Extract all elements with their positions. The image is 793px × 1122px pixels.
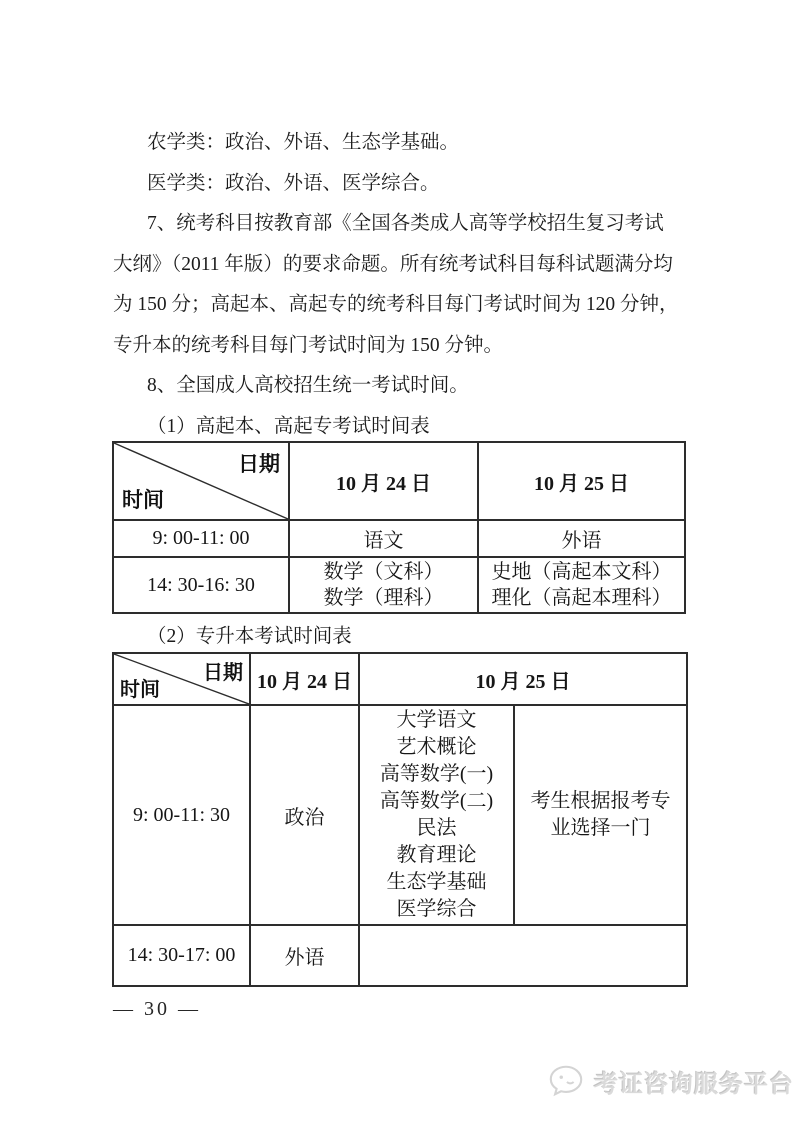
page-number: — 30 — <box>113 998 201 1021</box>
corner-time-label: 时间 <box>120 673 160 702</box>
exam-schedule-table-2: 日期 时间 10 月 24 日 10 月 25 日 9: 00-11: 30 政… <box>112 652 688 987</box>
table1-row-morning: 9: 00-11: 00 语文 外语 <box>113 520 685 557</box>
table2-corner-cell: 日期 时间 <box>113 653 250 705</box>
body-line-item7-3: 为 150 分；高起本、高起专的统考科目每门考试时间为 120 分钟， <box>113 285 683 326</box>
table2-date-header-oct24: 10 月 24 日 <box>250 653 359 705</box>
corner-date-label: 日期 <box>238 448 280 478</box>
table1-row-afternoon: 14: 30-16: 30 数学（文科） 数学（理科） 史地（高起本文科） 理化… <box>113 557 685 613</box>
table1-date-header-oct25: 10 月 25 日 <box>478 442 685 520</box>
table2-date-header-oct25: 10 月 25 日 <box>359 653 687 705</box>
subject-cell: 语文 <box>289 520 478 557</box>
time-cell: 9: 00-11: 30 <box>113 705 250 925</box>
table2-caption: （2）专升本考试时间表 <box>147 620 352 648</box>
time-cell: 14: 30-16: 30 <box>113 557 289 613</box>
subject-cell: 政治 <box>250 705 359 925</box>
subject-line: 医学综合 <box>360 896 513 923</box>
body-line-agriculture: 农学类：政治、外语、生态学基础。 <box>113 123 683 164</box>
subject-line: 生态学基础 <box>360 869 513 896</box>
table1-header-row: 日期 时间 10 月 24 日 10 月 25 日 <box>113 442 685 520</box>
time-cell: 14: 30-17: 00 <box>113 925 250 986</box>
subject-line: 数学（文科） <box>290 559 477 585</box>
body-line-item7-4: 专升本的统考科目每门考试时间为 150 分钟。 <box>113 326 683 367</box>
table2-row-morning: 9: 00-11: 30 政治 大学语文 艺术概论 高等数学(一) 高等数学(二… <box>113 705 687 925</box>
document-page: 农学类：政治、外语、生态学基础。 医学类：政治、外语、医学综合。 7、统考科目按… <box>0 0 793 1122</box>
table1-date-header-oct24: 10 月 24 日 <box>289 442 478 520</box>
table2-header-row: 日期 时间 10 月 24 日 10 月 25 日 <box>113 653 687 705</box>
subject-line: 民法 <box>360 815 513 842</box>
body-text: 农学类：政治、外语、生态学基础。 医学类：政治、外语、医学综合。 7、统考科目按… <box>113 123 683 447</box>
subject-line: 高等数学(一) <box>360 761 513 788</box>
subject-line: 艺术概论 <box>360 734 513 761</box>
subject-cell: 外语 <box>478 520 685 557</box>
note-line: 考生根据报考专 <box>515 788 686 815</box>
subject-cell: 史地（高起本文科） 理化（高起本理科） <box>478 557 685 613</box>
note-cell: 考生根据报考专 业选择一门 <box>514 705 687 925</box>
subject-cell: 外语 <box>250 925 359 986</box>
watermark: 考证咨询服务平台 <box>547 1062 793 1100</box>
table1-corner-cell: 日期 时间 <box>113 442 289 520</box>
note-line: 业选择一门 <box>515 815 686 842</box>
corner-time-label: 时间 <box>122 484 164 514</box>
subject-line: 史地（高起本文科） <box>479 559 684 585</box>
body-line-item7-1: 7、统考科目按教育部《全国各类成人高等学校招生复习考试 <box>113 204 683 245</box>
empty-merged-cell <box>359 925 687 986</box>
subject-line: 高等数学(二) <box>360 788 513 815</box>
subject-line: 大学语文 <box>360 707 513 734</box>
watermark-text: 考证咨询服务平台 <box>594 1064 793 1099</box>
body-line-item8: 8、全国成人高校招生统一考试时间。 <box>113 366 683 407</box>
table2-row-afternoon: 14: 30-17: 00 外语 <box>113 925 687 986</box>
exam-schedule-table-1: 日期 时间 10 月 24 日 10 月 25 日 9: 00-11: 00 语… <box>112 441 686 614</box>
subject-line: 理化（高起本理科） <box>479 585 684 611</box>
corner-date-label: 日期 <box>203 656 243 685</box>
subject-line: 教育理论 <box>360 842 513 869</box>
body-line-item7-2: 大纲》（2011 年版）的要求命题。所有统考试科目每科试题满分均 <box>113 245 683 286</box>
time-cell: 9: 00-11: 00 <box>113 520 289 557</box>
subject-list-cell: 大学语文 艺术概论 高等数学(一) 高等数学(二) 民法 教育理论 生态学基础 … <box>359 705 514 925</box>
body-line-medicine: 医学类：政治、外语、医学综合。 <box>113 164 683 205</box>
subject-line: 数学（理科） <box>290 585 477 611</box>
subject-cell: 数学（文科） 数学（理科） <box>289 557 478 613</box>
chat-bubble-icon <box>547 1062 585 1100</box>
